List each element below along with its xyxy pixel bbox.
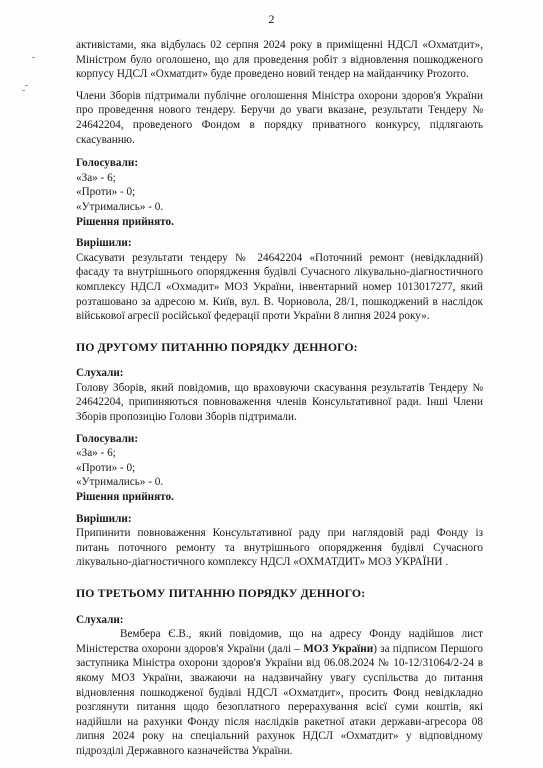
resolved-text: Скасувати результати тендеру № 24642204 …: [76, 251, 483, 324]
decision-text: Рішення прийнято.: [76, 490, 483, 505]
vote-against: «Проти» - 0;: [76, 461, 483, 476]
heard-text-bold: МОЗ України: [303, 643, 373, 655]
heard-block-2: Слухали: Голову Зборів, який повідомив, …: [76, 366, 483, 424]
heard-label: Слухали:: [76, 613, 483, 628]
vote-block-2: Голосували: «За» - 6; «Проти» - 0; «Утри…: [76, 432, 483, 505]
scan-artifact: [25, 85, 28, 86]
vote-against: «Проти» - 0;: [76, 185, 483, 200]
heard-text: Вембера Є.В., який повідомив, що на адре…: [76, 627, 483, 758]
resolved-text: Припинити повноваження Консультативної р…: [76, 526, 483, 570]
resolved-label: Вирішили:: [76, 512, 483, 527]
resolved-block-1: Вирішили: Скасувати результати тендеру №…: [76, 236, 483, 324]
vote-for: «За» - 6;: [76, 446, 483, 461]
vote-block-1: Голосували: «За» - 6; «Проти» - 0; «Утри…: [76, 156, 483, 229]
document-page: 2 активістами, яка відбулась 02 серпня 2…: [0, 0, 543, 768]
document-body: активістами, яка відбулась 02 серпня 202…: [76, 38, 483, 766]
heard-label: Слухали:: [76, 366, 483, 381]
resolved-label: Вирішили:: [76, 236, 483, 251]
members-paragraph: Члени Зборів підтримали публічне оголоше…: [76, 89, 483, 147]
intro-paragraph: активістами, яка відбулась 02 серпня 202…: [76, 38, 483, 82]
scan-artifact: [22, 90, 25, 91]
page-number: 2: [0, 12, 543, 27]
resolved-block-2: Вирішили: Припинити повноваження Консуль…: [76, 512, 483, 570]
section-2-heading: ПО ДРУГОМУ ПИТАННЮ ПОРЯДКУ ДЕННОГО:: [76, 340, 483, 355]
heard-block-3: Слухали: Вембера Є.В., який повідомив, щ…: [76, 613, 483, 759]
vote-label: Голосували:: [76, 156, 483, 171]
vote-abstained: «Утримались» - 0.: [76, 475, 483, 490]
scan-artifact: [32, 57, 35, 58]
vote-abstained: «Утримались» - 0.: [76, 200, 483, 215]
vote-label: Голосували:: [76, 432, 483, 447]
heard-text-part2: ) за підписом Першого заступника Міністр…: [76, 643, 483, 757]
heard-text: Голову Зборів, який повідомив, що врахов…: [76, 381, 483, 425]
section-3-heading: ПО ТРЕТЬОМУ ПИТАННЮ ПОРЯДКУ ДЕННОГО:: [76, 586, 483, 601]
decision-text: Рішення прийнято.: [76, 215, 483, 230]
vote-for: «За» - 6;: [76, 171, 483, 186]
